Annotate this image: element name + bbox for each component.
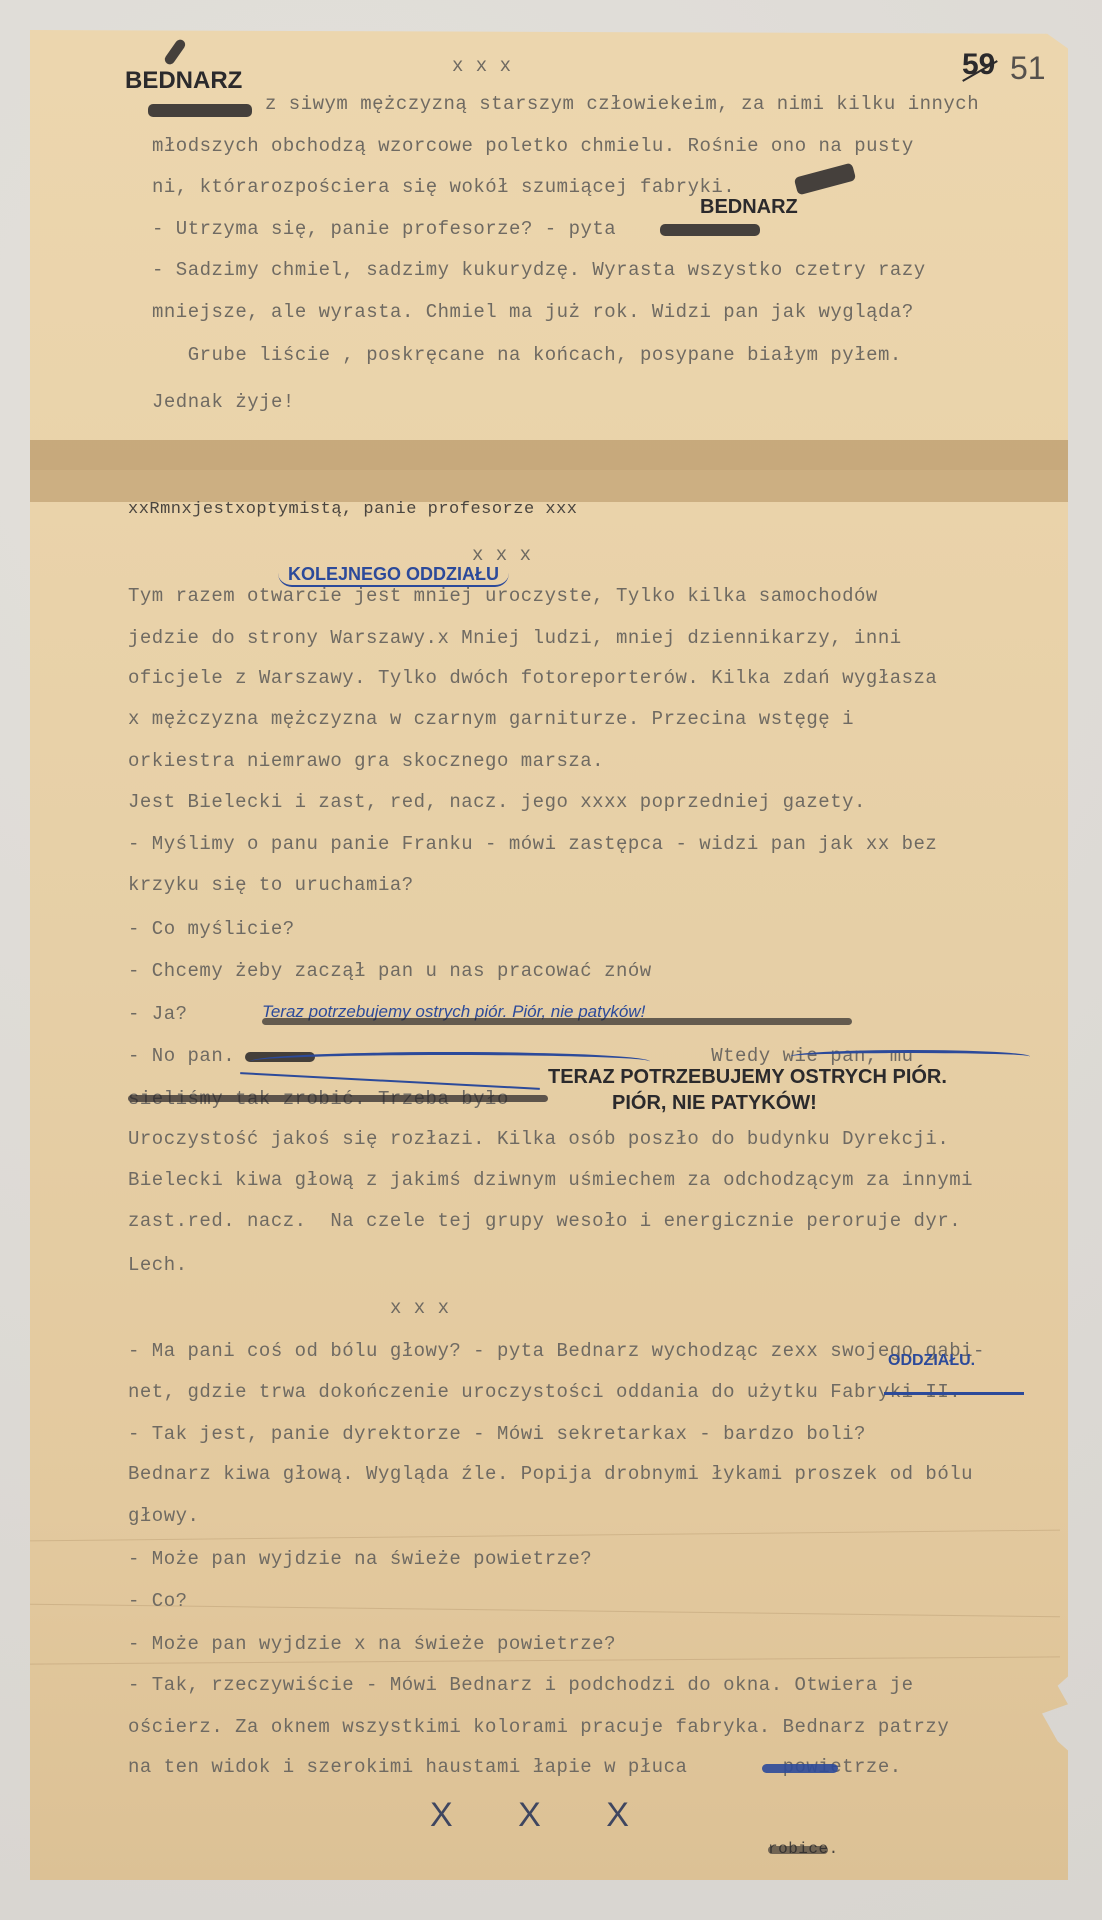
strikethrough-mark — [768, 1846, 828, 1854]
text-line: orkiestra niemrawo gra skocznego marsza. — [128, 750, 604, 772]
blue-strikethrough — [884, 1392, 1024, 1395]
text-line: ościerz. Za oknem wszystkimi kolorami pr… — [128, 1716, 949, 1738]
text-line: Bednarz kiwa głową. Wygląda źle. Popija … — [128, 1463, 973, 1485]
adhesive-tape-upper — [30, 440, 1068, 470]
section-marker-top: x x x — [452, 55, 512, 77]
strikethrough-mark — [128, 1095, 548, 1102]
text-line: zast.red. nacz. Na czele tej grupy wesoł… — [128, 1210, 961, 1232]
text-line: x mężczyzna mężczyzna w czarnym garnitur… — [128, 708, 854, 730]
blue-scribble-strike — [790, 1050, 1030, 1063]
text-line: net, gdzie trwa dokończenie uroczystości… — [128, 1381, 961, 1403]
handwritten-note-line1: TERAZ POTRZEBUJEMY OSTRYCH PIÓR. — [548, 1066, 947, 1089]
adhesive-tape-lower — [30, 470, 1068, 502]
text-line: - Ma pani coś od bólu głowy? - pyta Bedn… — [128, 1340, 985, 1362]
text-line: z siwym mężczyzną starszym człowiekeim, … — [265, 93, 979, 115]
text-line: ni, którarozpościera się wokół szumiącej… — [152, 176, 735, 198]
text-line: - Co myślicie? — [128, 918, 295, 940]
text-line: Jest Bielecki i zast, red, nacz. jego xx… — [128, 791, 866, 813]
blue-redaction-mark — [762, 1764, 838, 1773]
text-line: głowy. — [128, 1505, 199, 1527]
text-line: Lech. — [128, 1254, 188, 1276]
struck-text-line: xxRmnxjestxoptymistą, panie profesorze x… — [128, 500, 577, 519]
handwritten-name-bednarz: BEDNARZ — [125, 67, 242, 95]
text-line: - Myślimy o panu panie Franku - mówi zas… — [128, 833, 937, 855]
section-marker-middle: x x x — [472, 544, 532, 566]
redaction-mark — [660, 224, 760, 236]
text-line: oficjele z Warszawy. Tylko dwóch fotorep… — [128, 667, 937, 689]
redaction-mark — [148, 104, 252, 117]
text-line: Tym razem otwarcie jest mniej uroczyste,… — [128, 585, 878, 607]
text-line: - Co? — [128, 1590, 188, 1612]
text-line: - Utrzyma się, panie profesorze? - pyta — [152, 218, 616, 240]
text-line: jedzie do strony Warszawy.x Mniej ludzi,… — [128, 627, 902, 649]
text-line: Grube liście , poskręcane na końcach, po… — [152, 344, 902, 366]
text-line: - Chcemy żeby zaczął pan u nas pracować … — [128, 960, 652, 982]
handwritten-note-line2: PIÓR, NIE PATYKÓW! — [612, 1092, 817, 1115]
text-line: - Ja? — [128, 1003, 188, 1025]
handwritten-end-marker: X X X — [430, 1796, 657, 1835]
text-line: mniejsze, ale wyrasta. Chmiel ma już rok… — [152, 301, 914, 323]
text-line: - Tak, rzeczywiście - Mówi Bednarz i pod… — [128, 1674, 914, 1696]
text-line: - Sadzimy chmiel, sadzimy kukurydzę. Wyr… — [152, 259, 926, 281]
text-line: Uroczystość jakoś się rozłazi. Kilka osó… — [128, 1128, 949, 1150]
strikethrough-mark — [262, 1018, 852, 1025]
page-number: 51 — [1010, 50, 1046, 87]
text-line: - Może pan wyjdzie na świeże powietrze? — [128, 1548, 592, 1570]
handwritten-insert-kolejnego-oddzialu: KOLEJNEGO ODDZIAŁU — [278, 564, 509, 587]
text-line: krzyku się to uruchamia? — [128, 874, 414, 896]
handwritten-insert-oddzialu: ODDZIAŁU. — [888, 1352, 975, 1370]
text-line: - Tak jest, panie dyrektorze - Mówi sekr… — [128, 1423, 866, 1445]
text-line: młodszych obchodzą wzorcowe poletko chmi… — [152, 135, 914, 157]
section-marker-bottom: x x x — [390, 1297, 450, 1319]
text-line: Bielecki kiwa głową z jakimś dziwnym uśm… — [128, 1169, 973, 1191]
handwritten-name-bednarz-2: BEDNARZ — [700, 196, 798, 219]
text-line: - Może pan wyjdzie x na świeże powietrze… — [128, 1633, 616, 1655]
text-line: Jednak żyje! — [152, 391, 295, 413]
